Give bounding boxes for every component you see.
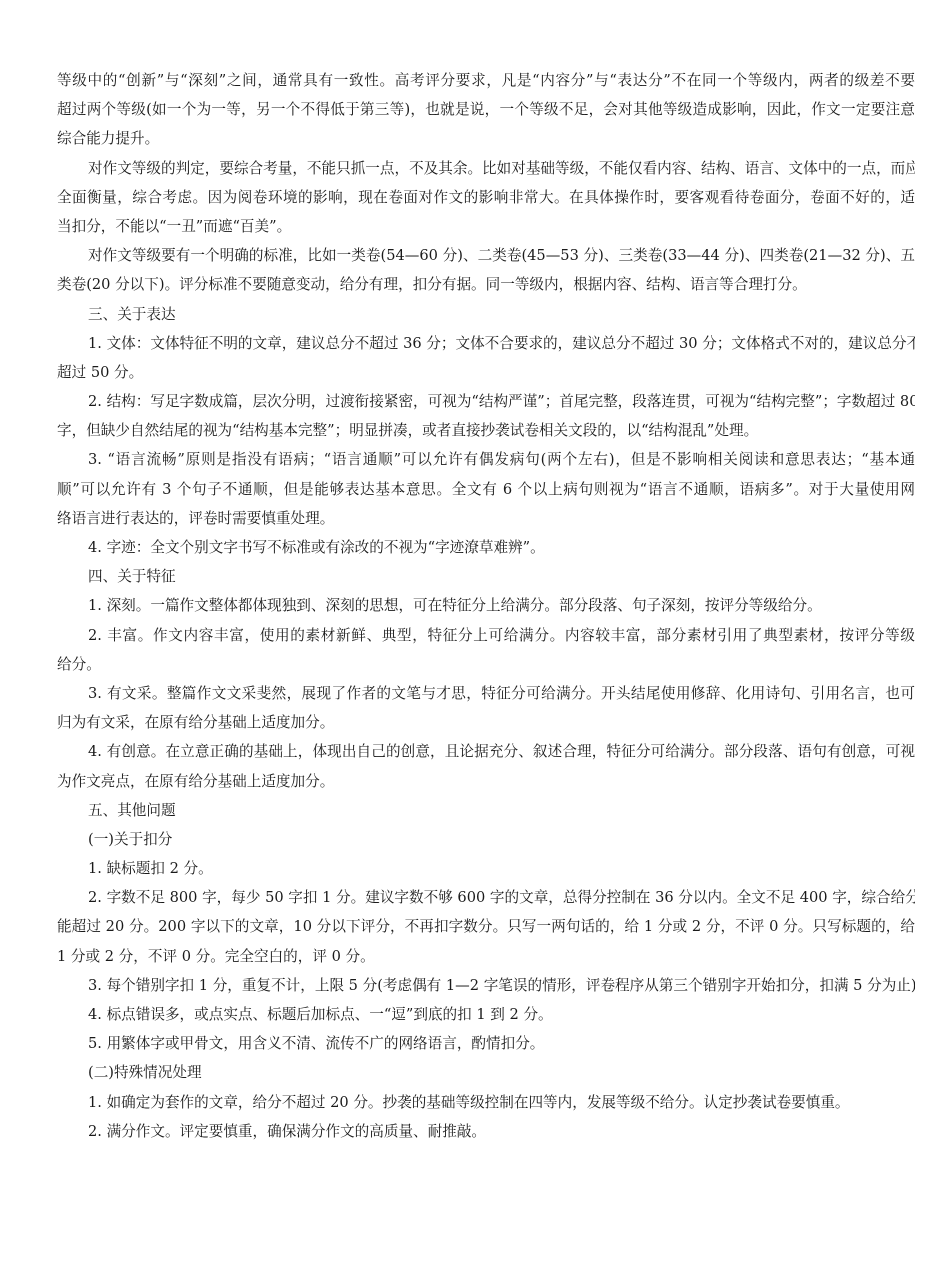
paragraph-deduction-1: 1. 缺标题扣 2 分。 — [57, 854, 915, 883]
subsection-heading-special: (二)特殊情况处理 — [57, 1058, 915, 1087]
paragraph-special-1: 1. 如确定为套作的文章，给分不超过 20 分。抄袭的基础等级控制在四等内，发展… — [57, 1088, 915, 1117]
paragraph-expression-3: 3. “语言流畅”原则是指没有语病；“语言通顺”可以允许有偶发病句(两个左右)，… — [57, 445, 915, 533]
paragraph-features-1: 1. 深刻。一篇作文整体都体现独到、深刻的思想，可在特征分上给满分。部分段落、句… — [57, 591, 915, 620]
paragraph-deduction-2: 2. 字数不足 800 字，每少 50 字扣 1 分。建议字数不够 600 字的… — [57, 883, 915, 971]
paragraph-consistency: 等级中的“创新”与“深刻”之间，通常具有一致性。高考评分要求，凡是“内容分”与“… — [57, 66, 915, 154]
paragraph-features-3: 3. 有文采。整篇作文文采斐然，展现了作者的文笔与才思，特征分可给满分。开头结尾… — [57, 679, 915, 737]
text-line: 3. 每个错别字扣 1 分，重复不计，上限 5 分(考虑偶有 1—2 字笔误的情… — [57, 971, 915, 1000]
text-line: 1. 深刻。一篇作文整体都体现独到、深刻的思想，可在特征分上给满分。部分段落、句… — [57, 591, 915, 620]
text-line: 字，但缺少自然结尾的视为“结构基本完整”；明显拼凑，或者直接抄袭试卷相关文段的，… — [57, 416, 915, 445]
heading-text: 五、其他问题 — [57, 796, 915, 825]
text-line: 2. 结构：写足字数成篇，层次分明，过渡衔接紧密，可视为“结构严谨”；首尾完整，… — [57, 387, 915, 416]
section-heading-expression: 三、关于表达 — [57, 300, 915, 329]
paragraph-deduction-4: 4. 标点错误多，或点实点、标题后加标点、一“逗”到底的扣 1 到 2 分。 — [57, 1000, 915, 1029]
text-line: 4. 标点错误多，或点实点、标题后加标点、一“逗”到底的扣 1 到 2 分。 — [57, 1000, 915, 1029]
text-line: 为作文亮点，在原有给分基础上适度加分。 — [57, 767, 915, 796]
text-line: 全面衡量，综合考虑。因为阅卷环境的影响，现在卷面对作文的影响非常大。在具体操作时… — [57, 183, 915, 212]
paragraph-deduction-5: 5. 用繁体字或甲骨文，用含义不清、流传不广的网络语言，酌情扣分。 — [57, 1029, 915, 1058]
text-line: 等级中的“创新”与“深刻”之间，通常具有一致性。高考评分要求，凡是“内容分”与“… — [57, 66, 915, 95]
text-line: 3. 有文采。整篇作文文采斐然，展现了作者的文笔与才思，特征分可给满分。开头结尾… — [57, 679, 915, 708]
paragraph-expression-2: 2. 结构：写足字数成篇，层次分明，过渡衔接紧密，可视为“结构严谨”；首尾完整，… — [57, 387, 915, 445]
text-line: 超过 50 分。 — [57, 358, 915, 387]
subsection-heading-deduction: (一)关于扣分 — [57, 825, 915, 854]
paragraph-features-4: 4. 有创意。在立意正确的基础上，体现出自己的创意，且论据充分、叙述合理，特征分… — [57, 737, 915, 795]
text-line: 对作文等级的判定，要综合考量，不能只抓一点，不及其余。比如对基础等级，不能仅看内… — [57, 154, 915, 183]
heading-text: 三、关于表达 — [57, 300, 915, 329]
text-line: 对作文等级要有一个明确的标准，比如一类卷(54—60 分)、二类卷(45—53 … — [57, 241, 915, 270]
text-line: 归为有文采，在原有给分基础上适度加分。 — [57, 708, 915, 737]
text-line: 2. 字数不足 800 字，每少 50 字扣 1 分。建议字数不够 600 字的… — [57, 883, 915, 912]
text-line: 3. “语言流畅”原则是指没有语病；“语言通顺”可以允许有偶发病句(两个左右)，… — [57, 445, 915, 474]
text-line: 给分。 — [57, 650, 915, 679]
text-line: 2. 满分作文。评定要慎重，确保满分作文的高质量、耐推敲。 — [57, 1117, 915, 1146]
text-line: 1 分或 2 分，不评 0 分。完全空白的，评 0 分。 — [57, 942, 915, 971]
heading-text: (一)关于扣分 — [57, 825, 915, 854]
text-line: 1. 如确定为套作的文章，给分不超过 20 分。抄袭的基础等级控制在四等内，发展… — [57, 1088, 915, 1117]
text-line: 1. 文体：文体特征不明的文章，建议总分不超过 36 分；文体不合要求的，建议总… — [57, 329, 915, 358]
paragraph-deduction-3: 3. 每个错别字扣 1 分，重复不计，上限 5 分(考虑偶有 1—2 字笔误的情… — [57, 971, 915, 1000]
text-line: 超过两个等级(如一个为一等，另一个不得低于第三等)，也就是说，一个等级不足，会对… — [57, 95, 915, 124]
document-body: 等级中的“创新”与“深刻”之间，通常具有一致性。高考评分要求，凡是“内容分”与“… — [57, 66, 915, 1146]
paragraph-grade-judgement: 对作文等级的判定，要综合考量，不能只抓一点，不及其余。比如对基础等级，不能仅看内… — [57, 154, 915, 242]
paragraph-features-2: 2. 丰富。作文内容丰富，使用的素材新鲜、典型，特征分上可给满分。内容较丰富，部… — [57, 621, 915, 679]
heading-text: 四、关于特征 — [57, 562, 915, 591]
text-line: 综合能力提升。 — [57, 124, 915, 153]
paragraph-expression-1: 1. 文体：文体特征不明的文章，建议总分不超过 36 分；文体不合要求的，建议总… — [57, 329, 915, 387]
text-line: 4. 字迹：全文个别文字书写不标准或有涂改的不视为“字迹潦草难辨”。 — [57, 533, 915, 562]
text-line: 2. 丰富。作文内容丰富，使用的素材新鲜、典型，特征分上可给满分。内容较丰富，部… — [57, 621, 915, 650]
text-line: 4. 有创意。在立意正确的基础上，体现出自己的创意，且论据充分、叙述合理，特征分… — [57, 737, 915, 766]
paragraph-grade-standard: 对作文等级要有一个明确的标准，比如一类卷(54—60 分)、二类卷(45—53 … — [57, 241, 915, 299]
text-line: 顺”可以允许有 3 个句子不通顺，但是能够表达基本意思。全文有 6 个以上病句则… — [57, 475, 915, 504]
text-line: 能超过 20 分。200 字以下的文章，10 分以下评分，不再扣字数分。只写一两… — [57, 912, 915, 941]
section-heading-features: 四、关于特征 — [57, 562, 915, 591]
text-line: 当扣分，不能以“一丑”而遮“百美”。 — [57, 212, 915, 241]
paragraph-expression-4: 4. 字迹：全文个别文字书写不标准或有涂改的不视为“字迹潦草难辨”。 — [57, 533, 915, 562]
text-line: 5. 用繁体字或甲骨文，用含义不清、流传不广的网络语言，酌情扣分。 — [57, 1029, 915, 1058]
section-heading-other: 五、其他问题 — [57, 796, 915, 825]
text-line: 类卷(20 分以下)。评分标准不要随意变动，给分有理，扣分有据。同一等级内，根据… — [57, 270, 915, 299]
text-line: 络语言进行表达的，评卷时需要慎重处理。 — [57, 504, 915, 533]
heading-text: (二)特殊情况处理 — [57, 1058, 915, 1087]
text-line: 1. 缺标题扣 2 分。 — [57, 854, 915, 883]
paragraph-special-2: 2. 满分作文。评定要慎重，确保满分作文的高质量、耐推敲。 — [57, 1117, 915, 1146]
